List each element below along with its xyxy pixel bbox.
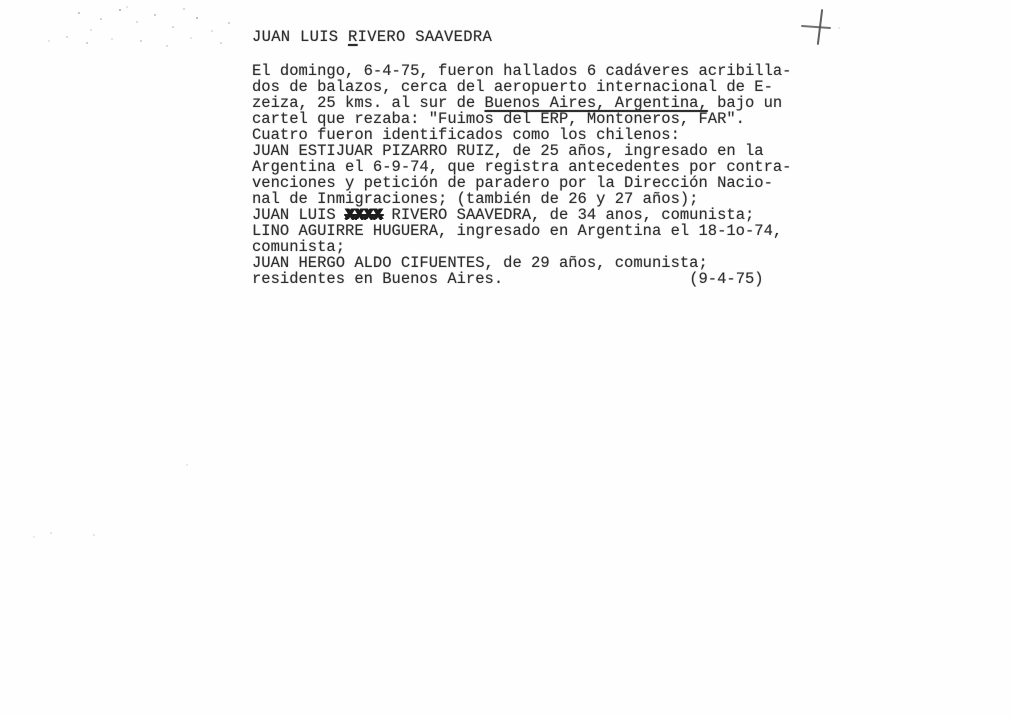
text-segment: (9-4-75) <box>689 270 763 288</box>
title-segment-post: IVERO SAAVEDRA <box>358 28 492 46</box>
text-line: comunista; <box>252 239 792 255</box>
text-segment <box>503 270 689 288</box>
text-line: dos de balazos, cerca del aeropuerto int… <box>252 79 792 95</box>
text-line: JUAN ESTIJUAR PIZARRO RUIZ, de 25 años, … <box>252 143 792 159</box>
document-body: El domingo, 6-4-75, fueron hallados 6 ca… <box>252 63 792 287</box>
text-line: venciones y petición de paradero por la … <box>252 175 792 191</box>
text-segment: residentes en Buenos Aires. <box>252 270 503 288</box>
title-segment-pre: JUAN LUIS <box>252 28 348 46</box>
text-line: Argentina el 6-9-74, que registra antece… <box>252 159 792 175</box>
scan-noise-speckles <box>78 12 80 14</box>
text-line: zeiza, 25 kms. al sur de Buenos Aires, A… <box>252 95 792 111</box>
handwritten-cross-mark <box>800 6 836 48</box>
text-line: Cuatro fueron identificados como los chi… <box>252 127 792 143</box>
text-line: nal de Inmigraciones; (también de 26 y 2… <box>252 191 792 207</box>
text-line: JUAN LUIS XXXX RIVERO SAAVEDRA, de 34 an… <box>252 207 792 223</box>
text-line: cartel que rezaba: "Fuimos del ERP, Mont… <box>252 111 792 127</box>
text-line: residentes en Buenos Aires. (9-4-75) <box>252 271 792 287</box>
title-underlined-letter: R <box>348 28 358 46</box>
document-title: JUAN LUIS RIVERO SAAVEDRA <box>252 29 492 45</box>
text-line: LINO AGUIRRE HUGUERA, ingresado en Argen… <box>252 223 792 239</box>
scanned-document-page: JUAN LUIS RIVERO SAAVEDRA El domingo, 6-… <box>0 0 1012 717</box>
text-line: El domingo, 6-4-75, fueron hallados 6 ca… <box>252 63 792 79</box>
text-line: JUAN HERGO ALDO CIFUENTES, de 29 años, c… <box>252 255 792 271</box>
